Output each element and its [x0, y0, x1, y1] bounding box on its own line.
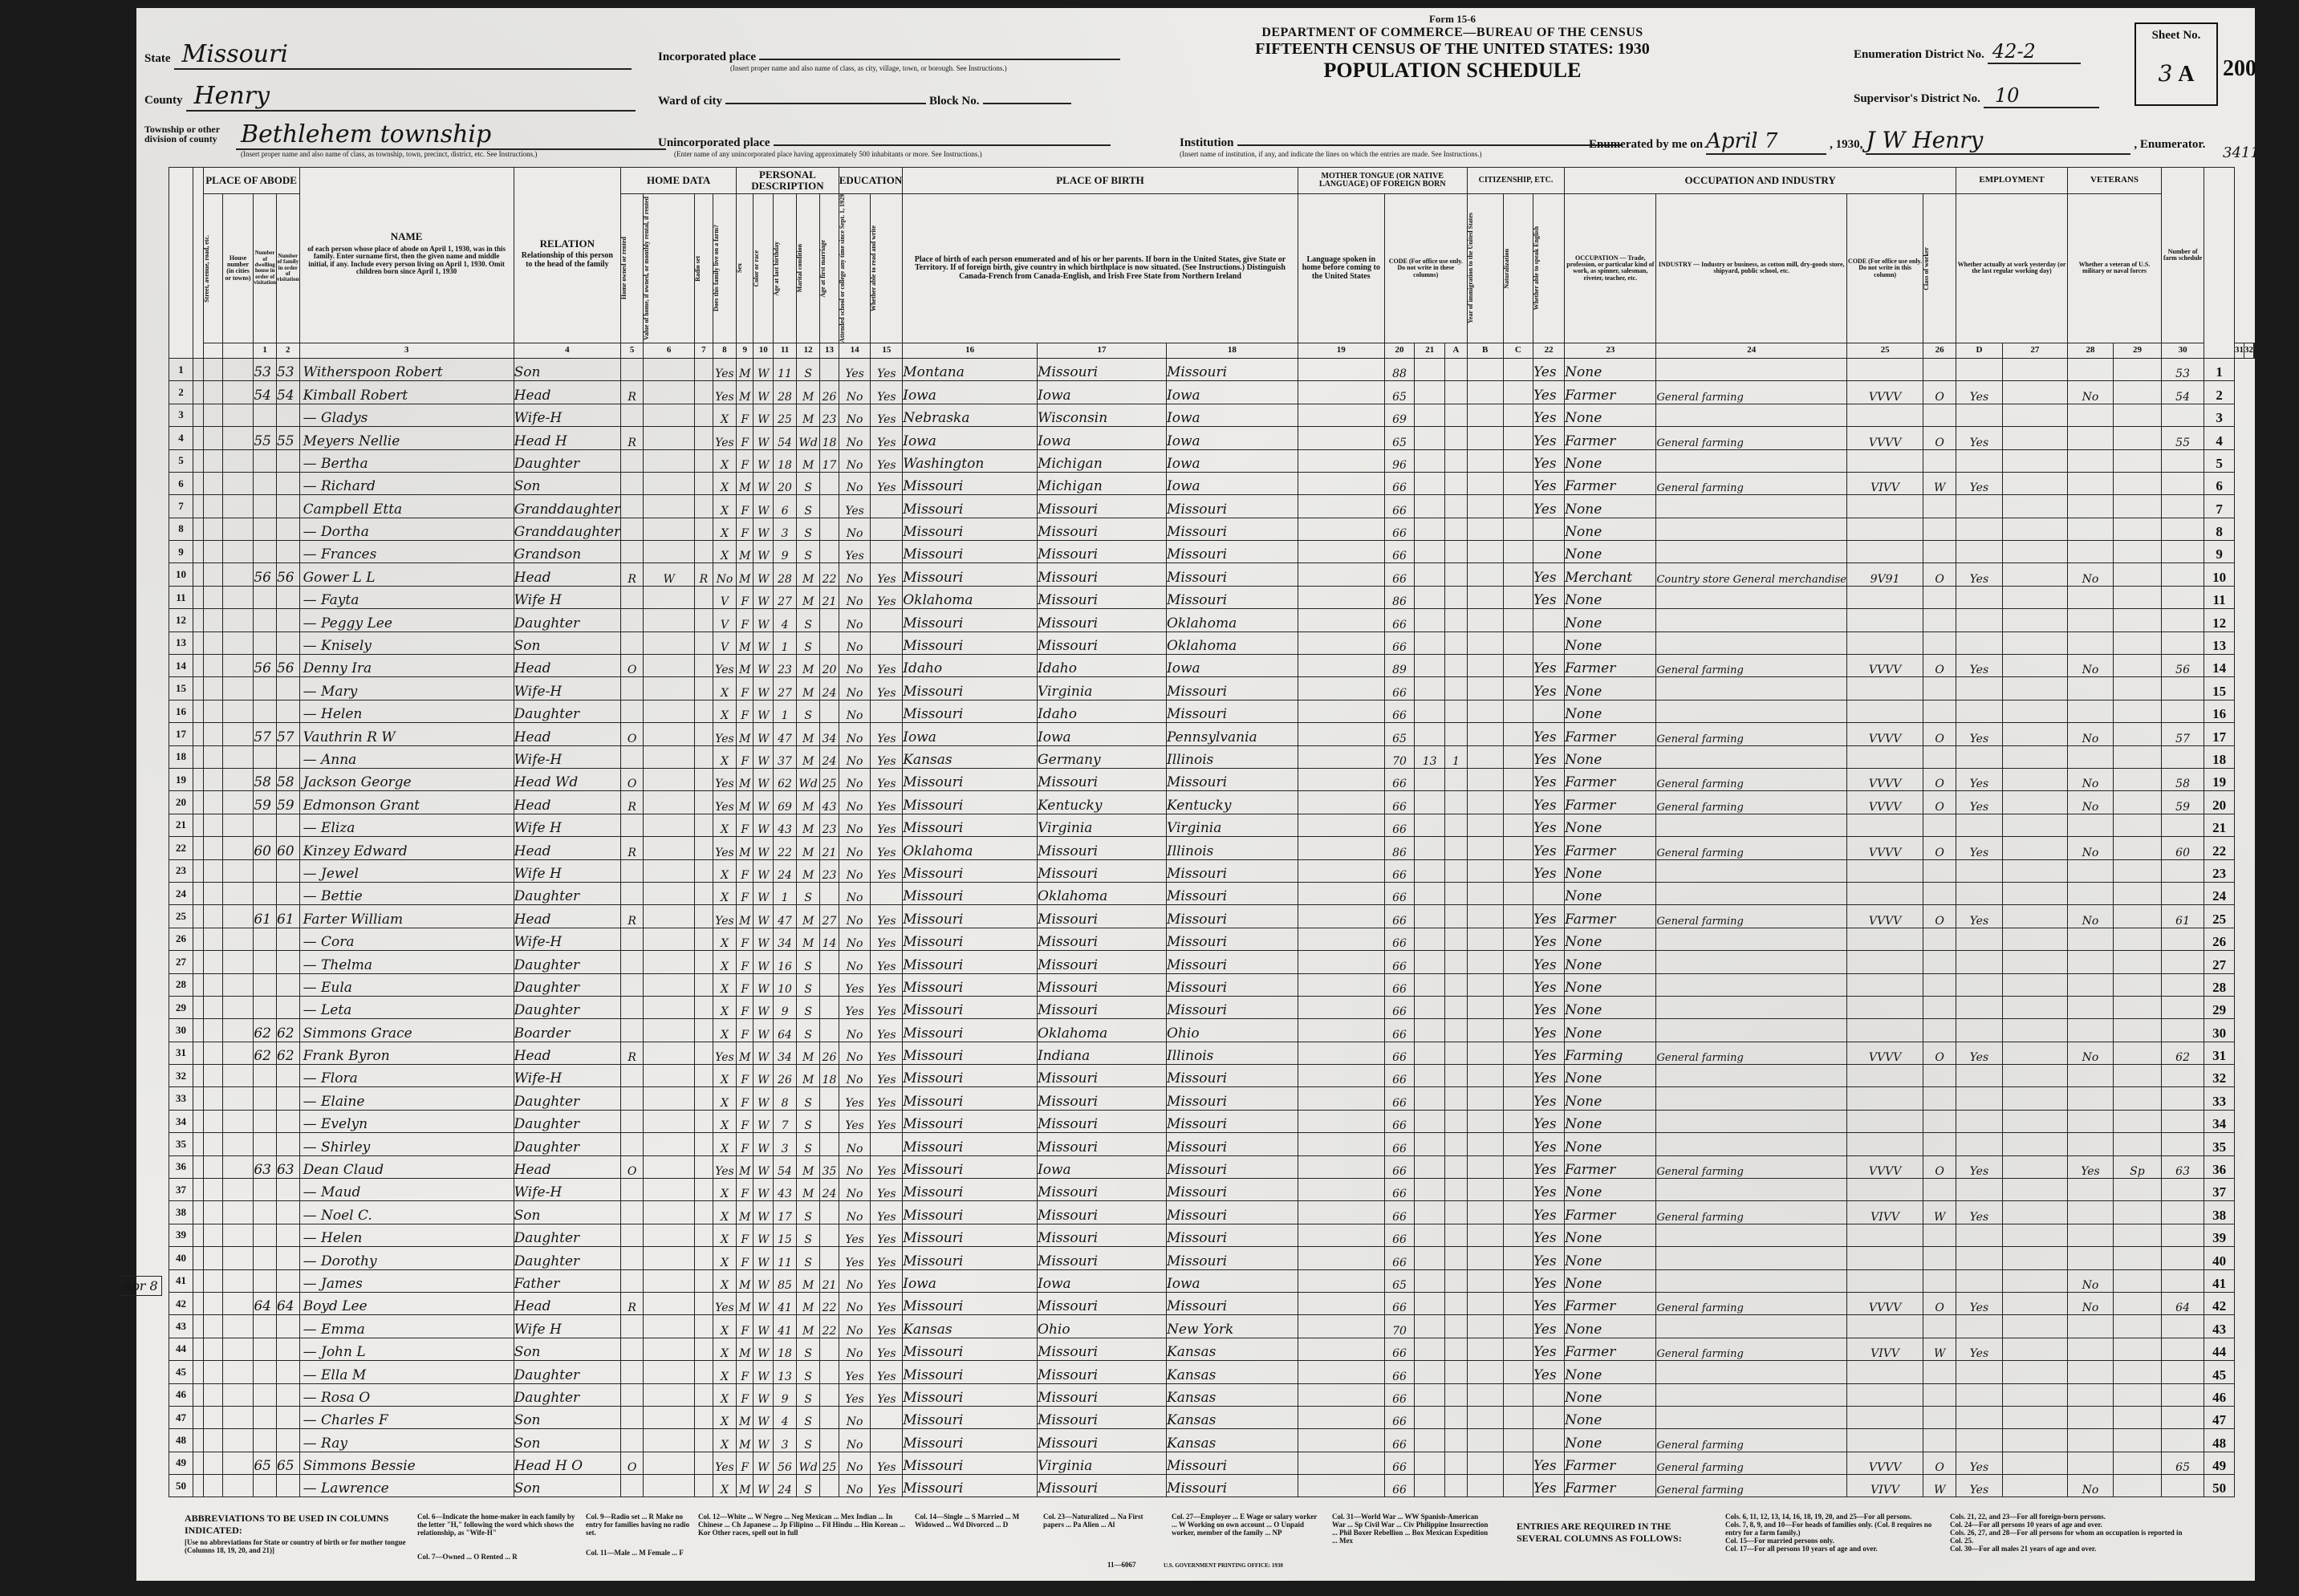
- class-of-worker: [1923, 404, 1956, 426]
- marital-status: S: [796, 1475, 819, 1497]
- age-first-marriage: 23: [820, 814, 839, 836]
- age: 26: [774, 1065, 797, 1087]
- code-c: [1445, 768, 1468, 790]
- dwelling-number: [254, 472, 277, 494]
- family-number: [276, 1269, 299, 1292]
- age-first-marriage: [820, 1475, 839, 1497]
- occupation-code: [1846, 1224, 1923, 1246]
- code-a: 66: [1384, 791, 1415, 814]
- birthplace-father: Iowa: [1038, 381, 1167, 404]
- radio-set: [695, 677, 713, 700]
- column-number: 9: [737, 343, 753, 358]
- farm-schedule: [2162, 1269, 2204, 1292]
- marital-status: M: [796, 1315, 819, 1338]
- age-first-marriage: [820, 951, 839, 973]
- marital-status: M: [796, 1042, 819, 1064]
- at-work: [1956, 1361, 2003, 1383]
- house-number: [222, 1475, 254, 1497]
- school-attendance: No: [839, 677, 871, 700]
- farm-schedule: 62: [2162, 1042, 2204, 1064]
- street: [203, 1247, 222, 1269]
- immigration-year: [1467, 1429, 1503, 1452]
- relation: Wife-H: [514, 928, 621, 950]
- age: 64: [774, 1019, 797, 1042]
- veteran: [2068, 495, 2114, 518]
- birthplace-mother: Pennsylvania: [1167, 723, 1298, 745]
- family-number: 56: [276, 563, 299, 586]
- family-number: [276, 1361, 299, 1383]
- industry: [1656, 609, 1846, 631]
- house-number: [222, 928, 254, 950]
- street: [203, 1406, 222, 1428]
- sex: M: [737, 768, 753, 790]
- war: [2113, 1042, 2161, 1064]
- farm-residence: X: [713, 1179, 736, 1201]
- line-number-right: 7: [2204, 495, 2235, 518]
- column-number: 5: [621, 343, 644, 358]
- veteran: [2068, 882, 2114, 904]
- code-b: [1415, 1110, 1445, 1132]
- birthplace-mother: Ohio: [1167, 1019, 1298, 1042]
- person-name: Kinzey Edward: [299, 837, 514, 859]
- veteran: [2068, 541, 2114, 563]
- home-value: [644, 1338, 695, 1360]
- unemployment-line: [2002, 1065, 2067, 1087]
- relation: Grandson: [514, 541, 621, 563]
- speaks-english: Yes: [1533, 996, 1565, 1018]
- table-row: 43— EmmaWife HXFW41M22NoYesKansasOhioNew…: [169, 1315, 2255, 1338]
- marital-status: S: [796, 882, 819, 904]
- code-a: 66: [1384, 1087, 1415, 1110]
- dwelling-number: [254, 1179, 277, 1201]
- table-row: 48— RaySonXMW3SNoMissouriMissouriKansas6…: [169, 1429, 2255, 1452]
- person-name: Dean Claud: [299, 1155, 514, 1178]
- literacy: Yes: [871, 723, 903, 745]
- immigration-year: [1467, 1042, 1503, 1064]
- street: [203, 586, 222, 608]
- race: W: [753, 814, 774, 836]
- marital-status: S: [796, 973, 819, 996]
- class-of-worker: [1923, 1269, 1956, 1292]
- occupation: None: [1565, 1179, 1656, 1201]
- class-of-worker: O: [1923, 1155, 1956, 1178]
- home-owned: [621, 745, 644, 768]
- house-number: [222, 791, 254, 814]
- industry: [1656, 358, 1846, 380]
- speaks-english: Yes: [1533, 655, 1565, 677]
- farm-schedule: 60: [2162, 837, 2204, 859]
- age: 24: [774, 859, 797, 882]
- radio-set: [695, 745, 713, 768]
- code-b: [1415, 381, 1445, 404]
- family-number: [276, 859, 299, 882]
- relation: Son: [514, 1475, 621, 1497]
- family-number: [276, 1429, 299, 1452]
- unemployment-line: [2002, 586, 2067, 608]
- immigration-year: [1467, 1315, 1503, 1338]
- age: 69: [774, 791, 797, 814]
- speaks-english: Yes: [1533, 1065, 1565, 1087]
- code-a: 66: [1384, 1429, 1415, 1452]
- unincorporated-label: Unincorporated place: [658, 136, 770, 149]
- immigration-year: [1467, 358, 1503, 380]
- age-first-marriage: [820, 996, 839, 1018]
- table-row: 426464Boyd LeeHeadRYesMW41M22NoYesMissou…: [169, 1292, 2255, 1314]
- home-owned: [621, 1475, 644, 1497]
- industry: [1656, 1110, 1846, 1132]
- line-number: 45: [169, 1361, 193, 1383]
- code-b: [1415, 1383, 1445, 1406]
- school-attendance: Yes: [839, 495, 871, 518]
- veteran: [2068, 1019, 2114, 1042]
- home-owned: [621, 996, 644, 1018]
- person-name: — Mary: [299, 677, 514, 700]
- department-title: DEPARTMENT OF COMMERCE—BUREAU OF THE CEN…: [1172, 26, 1733, 40]
- radio-set: [695, 791, 713, 814]
- occupation-code: [1846, 973, 1923, 996]
- birthplace-mother: Iowa: [1167, 655, 1298, 677]
- mother-tongue: [1298, 1201, 1384, 1224]
- immigration-year: [1467, 1087, 1503, 1110]
- line-number: 17: [169, 723, 193, 745]
- industry: [1656, 1087, 1846, 1110]
- person-name: — Bettie: [299, 882, 514, 904]
- immigration-year: [1467, 996, 1503, 1018]
- mother-tongue: [1298, 586, 1384, 608]
- industry: General farming: [1656, 791, 1846, 814]
- age-first-marriage: 17: [820, 449, 839, 472]
- person-name: Frank Byron: [299, 1042, 514, 1064]
- immigration-year: [1467, 1406, 1503, 1428]
- speaks-english: Yes: [1533, 449, 1565, 472]
- industry: [1656, 1315, 1846, 1338]
- birthplace-person: Missouri: [903, 1406, 1038, 1428]
- radio-set: [695, 837, 713, 859]
- home-owned: [621, 358, 644, 380]
- code-b: [1415, 586, 1445, 608]
- age: 1: [774, 631, 797, 654]
- table-row: 496565Simmons BessieHead H OOYesFW56Wd25…: [169, 1452, 2255, 1474]
- relation: Head: [514, 905, 621, 928]
- at-work: [1956, 700, 2003, 722]
- at-work: [1956, 677, 2003, 700]
- school-attendance: No: [839, 951, 871, 973]
- supervisor-district-field: Supervisor's District No. 10: [1854, 84, 2126, 108]
- farm-schedule: [2162, 1087, 2204, 1110]
- code-b: [1415, 518, 1445, 540]
- farm-residence: X: [713, 1406, 736, 1428]
- sex: M: [737, 1406, 753, 1428]
- industry: General farming: [1656, 723, 1846, 745]
- table-row: 50— LawrenceSonXMW24SNoYesMissouriMissou…: [169, 1475, 2255, 1497]
- class-of-worker: [1923, 1361, 1956, 1383]
- line-number-right: 46: [2204, 1383, 2235, 1406]
- at-work: [1956, 1179, 2003, 1201]
- code-a: 66: [1384, 631, 1415, 654]
- farm-schedule: 63: [2162, 1155, 2204, 1178]
- birthplace-person: Iowa: [903, 427, 1038, 449]
- street: [203, 1269, 222, 1292]
- birthplace-father: Iowa: [1038, 427, 1167, 449]
- farm-schedule: 61: [2162, 905, 2204, 928]
- home-value: [644, 1383, 695, 1406]
- home-owned: R: [621, 905, 644, 928]
- industry: [1656, 586, 1846, 608]
- code-c: [1445, 358, 1468, 380]
- age: 62: [774, 768, 797, 790]
- birthplace-person: Montana: [903, 358, 1038, 380]
- form-number: Form 15-6: [1172, 13, 1733, 26]
- occupation-code: VVVV: [1846, 723, 1923, 745]
- home-owned: [621, 1087, 644, 1110]
- person-name: — Anna: [299, 745, 514, 768]
- birthplace-father: Missouri: [1038, 1110, 1167, 1132]
- literacy: Yes: [871, 381, 903, 404]
- literacy: Yes: [871, 1201, 903, 1224]
- street: [203, 814, 222, 836]
- industry: [1656, 677, 1846, 700]
- dwelling-number: [254, 1269, 277, 1292]
- mother-tongue: [1298, 996, 1384, 1018]
- birthplace-person: Missouri: [903, 791, 1038, 814]
- speaks-english: Yes: [1533, 791, 1565, 814]
- age-first-marriage: 24: [820, 677, 839, 700]
- family-number: 53: [276, 358, 299, 380]
- at-work: [1956, 495, 2003, 518]
- home-value: [644, 951, 695, 973]
- farm-schedule-header: Number of farm schedule: [2162, 168, 2204, 343]
- age-first-marriage: [820, 1201, 839, 1224]
- school-attendance: No: [839, 449, 871, 472]
- col6-instructions: Col. 6—Indicate the home-maker in each f…: [417, 1513, 578, 1537]
- class-of-worker: O: [1923, 905, 1956, 928]
- unemployment-line: [2002, 1475, 2067, 1497]
- street: [203, 1133, 222, 1155]
- naturalization: [1503, 655, 1533, 677]
- birthplace-mother: Illinois: [1167, 837, 1298, 859]
- family-number: 58: [276, 768, 299, 790]
- col9-instructions: Col. 9—Radio set ... R Make no entry for…: [586, 1513, 690, 1537]
- house-number: [222, 1065, 254, 1087]
- naturalization: [1503, 973, 1533, 996]
- line-number: 10: [169, 563, 193, 586]
- mother-tongue: [1298, 358, 1384, 380]
- farm-residence: Yes: [713, 905, 736, 928]
- school-attendance: No: [839, 928, 871, 950]
- naturalization: [1503, 700, 1533, 722]
- family-number: [276, 1133, 299, 1155]
- industry: [1656, 745, 1846, 768]
- home-owned: R: [621, 837, 644, 859]
- immigration-year: [1467, 541, 1503, 563]
- birthplace-father: Missouri: [1038, 609, 1167, 631]
- industry: [1656, 1269, 1846, 1292]
- veteran: [2068, 1406, 2114, 1428]
- at-work: [1956, 814, 2003, 836]
- dwelling-number: [254, 1201, 277, 1224]
- mother-tongue: [1298, 1452, 1384, 1474]
- marital-status: S: [796, 472, 819, 494]
- at-work: [1956, 1429, 2003, 1452]
- occupation: Farmer: [1565, 472, 1656, 494]
- mother-tongue: [1298, 655, 1384, 677]
- relation: Head: [514, 723, 621, 745]
- line-number: 6: [169, 472, 193, 494]
- sex: F: [737, 996, 753, 1018]
- person-name: Edmonson Grant: [299, 791, 514, 814]
- dwelling-number: [254, 951, 277, 973]
- age: 25: [774, 404, 797, 426]
- dwelling-number: 64: [254, 1292, 277, 1314]
- line-number: 4: [169, 427, 193, 449]
- occupation-code: VVVV: [1846, 1292, 1923, 1314]
- dwelling-number: [254, 1315, 277, 1338]
- age: 85: [774, 1269, 797, 1292]
- home-value: [644, 905, 695, 928]
- code-c: [1445, 859, 1468, 882]
- birthplace-person: Missouri: [903, 996, 1038, 1018]
- industry: [1656, 1247, 1846, 1269]
- farm-residence: V: [713, 586, 736, 608]
- race: W: [753, 1155, 774, 1178]
- mother-tongue: [1298, 1155, 1384, 1178]
- code-c: [1445, 1315, 1468, 1338]
- person-name: — Charles F: [299, 1406, 514, 1428]
- at-work: [1956, 541, 2003, 563]
- speaks-english: Yes: [1533, 1269, 1565, 1292]
- radio-set: [695, 472, 713, 494]
- age: 41: [774, 1315, 797, 1338]
- home-owned: [621, 973, 644, 996]
- marital-status: S: [796, 1201, 819, 1224]
- farm-schedule: [2162, 973, 2204, 996]
- farm-schedule: [2162, 1201, 2204, 1224]
- occupation: Farmer: [1565, 1155, 1656, 1178]
- speaks-english: Yes: [1533, 1247, 1565, 1269]
- relation: Daughter: [514, 1110, 621, 1132]
- race: W: [753, 472, 774, 494]
- code-c: [1445, 1475, 1468, 1497]
- gpo-imprint: U.S. GOVERNMENT PRINTING OFFICE: 1930: [1164, 1562, 1283, 1569]
- line-number-right: 39: [2204, 1224, 2235, 1246]
- dwelling-number: 56: [254, 655, 277, 677]
- literacy: Yes: [871, 358, 903, 380]
- age-first-marriage: [820, 973, 839, 996]
- literacy: Yes: [871, 837, 903, 859]
- home-owned: R: [621, 381, 644, 404]
- naturalization: [1503, 1065, 1533, 1087]
- code-b: [1415, 768, 1445, 790]
- dwelling-number: 65: [254, 1452, 277, 1474]
- code-b: [1415, 882, 1445, 904]
- family-number: [276, 518, 299, 540]
- sheet-number-box: Sheet No. 3 A: [2134, 22, 2218, 106]
- unemployment-line: [2002, 905, 2067, 928]
- race: W: [753, 882, 774, 904]
- immigration-year: [1467, 404, 1503, 426]
- code-c: [1445, 1155, 1468, 1178]
- age-first-marriage: [820, 472, 839, 494]
- home-owned: O: [621, 1452, 644, 1474]
- abbrev-title: ABBREVIATIONS TO BE USED IN COLUMNS INDI…: [185, 1513, 409, 1537]
- radio-set: [695, 859, 713, 882]
- street: [203, 700, 222, 722]
- war: [2113, 928, 2161, 950]
- house-number: [222, 1338, 254, 1360]
- school-attendance: Yes: [839, 996, 871, 1018]
- birthplace-mother: Illinois: [1167, 745, 1298, 768]
- form-title-block: Form 15-6 DEPARTMENT OF COMMERCE—BUREAU …: [1172, 13, 1733, 83]
- birthplace-father: Michigan: [1038, 472, 1167, 494]
- war: [2113, 859, 2161, 882]
- line-number-right: 49: [2204, 1452, 2235, 1474]
- sex: F: [737, 859, 753, 882]
- marital-status: Wd: [796, 1452, 819, 1474]
- birthplace-father: Missouri: [1038, 495, 1167, 518]
- race: W: [753, 905, 774, 928]
- occupation: None: [1565, 1383, 1656, 1406]
- column-number: 28: [2068, 343, 2114, 358]
- marital-status: S: [796, 1133, 819, 1155]
- person-name: — Dortha: [299, 518, 514, 540]
- radio-set: [695, 951, 713, 973]
- table-row: 28— EulaDaughterXFW10SYesYesMissouriMiss…: [169, 973, 2255, 996]
- immigration-year: [1467, 1224, 1503, 1246]
- home-value: [644, 427, 695, 449]
- ward-label: Ward of city: [658, 95, 722, 108]
- marital-status: M: [796, 563, 819, 586]
- education-group-header: EDUCATION: [839, 168, 903, 194]
- literacy: [871, 1406, 903, 1428]
- marital-status: S: [796, 1019, 819, 1042]
- birthplace-person: Oklahoma: [903, 586, 1038, 608]
- code-a: 66: [1384, 1133, 1415, 1155]
- home-value: [644, 837, 695, 859]
- street: [203, 973, 222, 996]
- unemployment-line: [2002, 677, 2067, 700]
- table-row: 15— MaryWife-HXFW27M24NoYesMissouriVirgi…: [169, 677, 2255, 700]
- class-of-worker: [1923, 882, 1956, 904]
- home-value: [644, 472, 695, 494]
- radio-set: [695, 609, 713, 631]
- birthplace-mother: Oklahoma: [1167, 631, 1298, 654]
- mother-tongue: [1298, 518, 1384, 540]
- at-work: [1956, 951, 2003, 973]
- class-of-worker: [1923, 814, 1956, 836]
- industry: [1656, 449, 1846, 472]
- mother-tongue: [1298, 928, 1384, 950]
- veteran: No: [2068, 837, 2114, 859]
- relation: Daughter: [514, 973, 621, 996]
- farm-schedule: [2162, 1133, 2204, 1155]
- radio-set: [695, 631, 713, 654]
- farm-schedule: 56: [2162, 655, 2204, 677]
- mother-tongue: [1298, 1315, 1384, 1338]
- at-work: Yes: [1956, 1475, 2003, 1497]
- veteran: [2068, 1315, 2114, 1338]
- war: [2113, 1269, 2161, 1292]
- sex: F: [737, 1110, 753, 1132]
- family-number: [276, 973, 299, 996]
- birthplace-person: Missouri: [903, 1065, 1038, 1087]
- dwelling-number: 56: [254, 563, 277, 586]
- line-number: 26: [169, 928, 193, 950]
- line-number: 22: [169, 837, 193, 859]
- veteran: No: [2068, 905, 2114, 928]
- family-number: [276, 1383, 299, 1406]
- industry: [1656, 996, 1846, 1018]
- table-row: 366363Dean ClaudHeadOYesMW54M35NoYesMiss…: [169, 1155, 2255, 1178]
